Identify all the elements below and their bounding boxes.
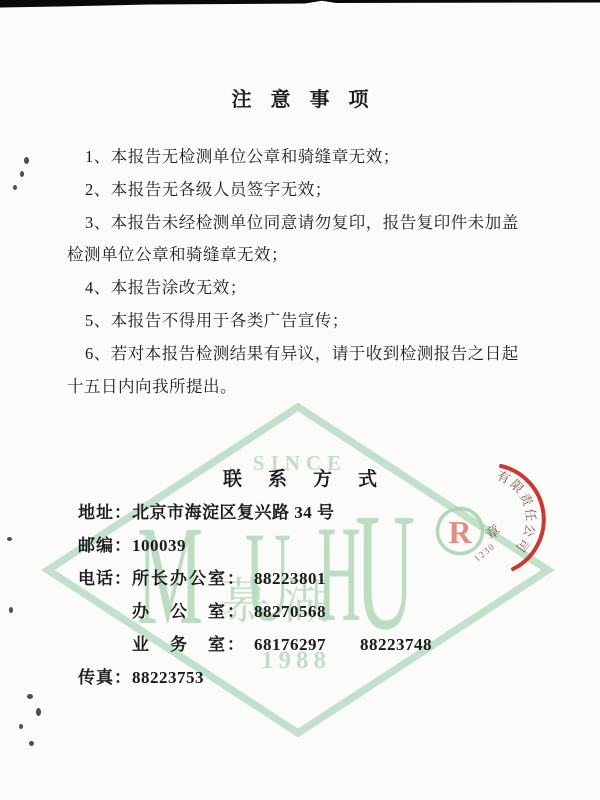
scan-top-edge — [0, 0, 600, 10]
seal-serial-number: 1230 — [472, 541, 497, 564]
seal-company-text: 有限责任公司 — [495, 468, 539, 555]
ink-speck — [19, 724, 23, 729]
ink-speck — [9, 607, 13, 613]
seal-extra-character: 章 — [483, 521, 504, 543]
red-seal-stamp: 有限责任公司 章 1230 — [0, 0, 600, 800]
ink-speck — [24, 157, 29, 164]
ink-speck — [29, 741, 34, 746]
ink-speck — [20, 171, 24, 177]
ink-speck — [36, 708, 41, 716]
seal-company-textpath: 有限责任公司 — [495, 468, 539, 555]
ink-speck — [13, 185, 17, 190]
scan-top-edge-shape — [0, 0, 600, 8]
ink-speck — [27, 694, 33, 699]
ink-speck — [7, 537, 12, 541]
document-page: SINCE M U H U 慕湖 1988 R 注意事项 1、本报告无检测单位公… — [0, 0, 600, 800]
